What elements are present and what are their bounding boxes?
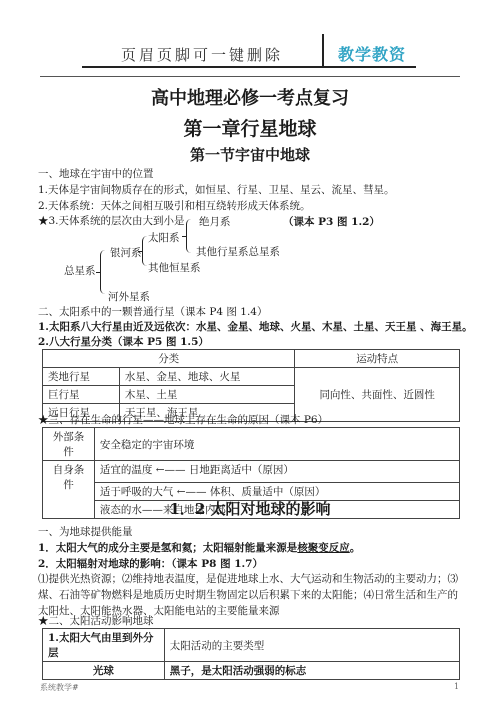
header-left-text: 页眉页脚可一键删除 [82,44,322,65]
section2-item2: 2．太阳辐射对地球的影响：（课本 P8 图 1.7） [38,557,263,571]
footer-text: 系统教学# [40,682,79,693]
table-header-row: 分类 运动特点 [43,350,460,368]
page-number: 1 [454,682,459,691]
table-header: 分类 [43,350,295,368]
part2-item2: 2.八大行星分类（课本 P5 图 1.5） [38,335,209,349]
tree-earth-moon: 绝月系 [199,214,231,229]
table-cell: 光球 [43,662,165,680]
section2-heading2: ★二、太阳活动影响地球 [38,614,154,628]
table-cell: 巨行星 [43,386,120,404]
item1-text: 1．太阳大气的成分主要是氢和氦；太阳辐射能量来源是 [38,542,297,554]
table-row: 外部条件 安全稳定的宇宙环境 [43,428,460,461]
brace-universe [100,250,105,294]
header-rule [82,66,416,68]
table-row: 类地行星 水星、金星、地球、火星 同向性、共面性、近圆性 [43,368,460,386]
section2-title: 1．2 太阳对地球的影响 [0,498,500,519]
section2-heading1: 一、为地球提供能量 [38,525,133,539]
part2-item1: 1.太阳系八大行星由近及远依次：水星、金星、地球、火星、木星、土星、天王星 、海… [38,320,473,334]
part1-item2: 2.天体系统：天体之间相互吸引和相互绕转形成天体系统。 [38,199,311,213]
tree-reference: （课本 P3 图 1.2） [283,214,380,229]
tree-extragalactic: 河外星系 [108,289,150,304]
tree-other-star-systems: 其他恒星系 [148,260,201,275]
table-cell: 适宜的温度 ←—— 日地距离适中（原因） [94,461,459,483]
table-cell: 安全稳定的宇宙环境 [94,428,459,461]
part2-heading: 二、太阳系中的一颗普通行星（课本 P4 图 1.4） [38,305,267,319]
table-header: 运动特点 [295,350,460,368]
table-header: 1.太阳大气由里到外分层 [43,629,165,662]
item1-underlined: 核聚变反应 [297,542,350,554]
brace-galaxy [142,236,147,266]
tree-root-universe: 总星系 [64,263,96,278]
section-title: 第一节宇宙中地球 [0,144,500,165]
part1-heading: 一、地球在宇宙中的位置 [38,167,154,181]
chapter-title: 第一章行星地球 [0,114,500,141]
solar-activity-table: 1.太阳大气由里到外分层 太阳活动的主要类型 光球 黑子，是太阳活动强弱的标志 [42,628,460,680]
page-header: 页眉页脚可一键删除 教学教资 [0,0,500,80]
header-divider [322,34,324,68]
table-header: 太阳活动的主要类型 [164,629,459,662]
table-cell: 水星、金星、地球、火星 [119,368,295,386]
table-header-row: 1.太阳大气由里到外分层 太阳活动的主要类型 [43,629,460,662]
part3-heading: ★三、存在生命的行星——地球上存在生命的原因（课本 P6） [38,413,328,427]
tree-solar-system: 太阳系 [148,230,180,245]
section2-item2-detail: ⑴提供光热资源；⑵维持地表温度，是促进地球上水、大气运动和生物活动的主要动力；⑶… [38,571,463,619]
table-cell: 木星、土星 [119,386,295,404]
table-cell: 外部条件 [43,428,95,461]
tree-milky-way: 银河系 [110,245,142,260]
tree-other-planet-systems: 其他行星系总星系 [196,244,280,259]
table-row: 光球 黑子，是太阳活动强弱的标志 [43,662,460,680]
part1-item3: ★3.天体系统的层次由大到小是 [38,214,185,228]
table-row: 自身条件 适宜的温度 ←—— 日地距离适中（原因） [43,461,460,483]
planet-classification-table: 分类 运动特点 类地行星 水星、金星、地球、火星 同向性、共面性、近圆性 巨行星… [42,349,460,422]
document-title: 高中地理必修一考点复习 [0,84,500,110]
header-right-text: 教学教资 [338,42,406,65]
table-cell: 黑子，是太阳活动强弱的标志 [164,662,459,680]
section2-item1: 1．太阳大气的成分主要是氢和氦；太阳辐射能量来源是核聚变反应。 [38,541,360,555]
part1-item1: 1.天体是宇宙间物质存在的形式，如恒星、行星、卫星、星云、流星、彗星。 [38,183,395,197]
brace-solar [186,219,191,253]
header-rule-lower [40,76,460,77]
item1-suffix: 。 [350,542,361,554]
table-cell: 类地行星 [43,368,120,386]
